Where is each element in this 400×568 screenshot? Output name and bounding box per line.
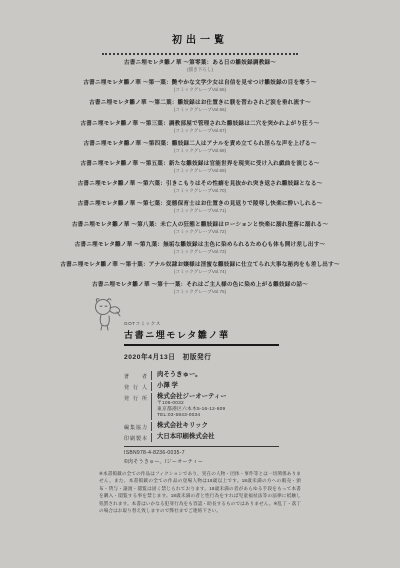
colophon-label: 発行所 <box>124 393 147 420</box>
publication-entry: 古書ニ埋モレタ雛ノ華 〜第一葉：艶やかな文学少女は自信を見せつけ雛妓録の目を奪う… <box>0 79 400 99</box>
chapter-source: (描き下ろし) <box>0 67 400 74</box>
chapter-source: (コミックグレープVol.65) <box>0 87 400 94</box>
colophon-row: 編集協力株式会社キリック <box>124 422 279 431</box>
chapter-source: (コミックグレープVol.74) <box>0 269 400 276</box>
chapter-title: 古書ニ埋モレタ雛ノ華 〜第十一葉：それはご主人様の色に染め上がる雛妓録の話〜 <box>0 281 400 289</box>
chapter-source: (コミックグレープVol.73) <box>0 249 400 256</box>
imprint-label: GOTコミックス <box>124 321 279 327</box>
colophon-row: 発行所株式会社ジーオーティー〒106-0032東京都港区六本木5-16-12-6… <box>124 393 279 420</box>
publication-entry: 古書ニ埋モレタ雛ノ華 〜第五葉：新たな雛妓録は官能世界を現実に受け入れ戯曲を演じ… <box>0 160 400 180</box>
publication-entry: 古書ニ埋モレタ雛ノ華 〜第六葉：引きこもりはその性癖を見抜かれ突き返され雛妓録と… <box>0 180 400 200</box>
publication-entry: 古書ニ埋モレタ雛ノ華 〜第七葉：変態保育士はお仕置きの見返りで陵辱し快楽に酔いし… <box>0 200 400 220</box>
chapter-source: (コミックグレープVol.68) <box>0 148 400 155</box>
colophon-row: 印刷製本大日本印刷株式会社 <box>124 433 279 442</box>
chapter-title: 古書ニ埋モレタ雛ノ華 〜第五葉：新たな雛妓録は官能世界を現実に受け入れ戯曲を演じ… <box>0 160 400 168</box>
copyright-line: ©肉そうきゅー。/ジーオーティー <box>124 458 279 465</box>
publication-entry: 古書ニ埋モレタ雛ノ華 〜第十葉：アナル奴隷お嬢様は淫蜜な雛妓録に仕立てられ大事な… <box>0 261 400 281</box>
first-publication-header: 初出一覧 <box>0 31 400 46</box>
colophon-block: GOTコミックス 古書ニ埋モレタ雛ノ華 2020年4月13日 初版発行 著者肉そ… <box>124 321 279 465</box>
colophon-label: 編集協力 <box>124 422 147 431</box>
publication-entry: 古書ニ埋モレタ雛ノ華 〜第零葉：ある日の雛妓録調教録〜(描き下ろし) <box>0 59 400 79</box>
chapter-title: 古書ニ埋モレタ雛ノ華 〜第零葉：ある日の雛妓録調教録〜 <box>0 59 400 67</box>
isbn-line: ISBN978-4-8236-0035-7 <box>124 450 279 456</box>
chapter-source: (コミックグレープVol.69) <box>0 168 400 175</box>
book-title: 古書ニ埋モレタ雛ノ華 <box>124 328 279 346</box>
chapter-source: (コミックグレープVol.75) <box>0 289 400 296</box>
chapter-title: 古書ニ埋モレタ雛ノ華 〜第八葉：未亡人の狂態と雛妓録はローションと快楽に溺れ堕落… <box>0 221 400 229</box>
colophon-value: 株式会社キリック <box>151 422 208 431</box>
colophon-value: 大日本印刷株式会社 <box>151 433 215 442</box>
publication-entry: 古書ニ埋モレタ雛ノ華 〜第三葉：調教部屋で管理された雛妓録は二穴を突かれよがり狂… <box>0 120 400 140</box>
colophon-value: 肉そうきゅー。 <box>151 371 201 380</box>
chapter-source: (コミックグレープVol.72) <box>0 229 400 236</box>
chapter-title: 古書ニ埋モレタ雛ノ華 〜第六葉：引きこもりはその性癖を見抜かれ突き返され雛妓録と… <box>0 180 400 188</box>
chapter-title: 古書ニ埋モレタ雛ノ華 〜第四葉：雛妓録二人はアナルを責め立てられ淫らな声を上げる… <box>0 140 400 148</box>
publication-entry: 古書ニ埋モレタ雛ノ華 〜第九葉：無垢な雛妓録は主色に染められるため心も体も開け差… <box>0 241 400 261</box>
chapter-title: 古書ニ埋モレタ雛ノ華 〜第十葉：アナル奴隷お嬢様は淫蜜な雛妓録に仕立てられ大事な… <box>0 261 400 269</box>
colophon-subline: TEL:03-5843-0034 <box>157 413 227 419</box>
publication-entry: 古書ニ埋モレタ雛ノ華 〜第二葉：雛妓録はお仕置きに躾を習わされど涙を垂れ流す〜(… <box>0 99 400 119</box>
chapter-source: (コミックグレープVol.70) <box>0 188 400 195</box>
chapter-title: 古書ニ埋モレタ雛ノ華 〜第一葉：艶やかな文学少女は自信を見せつけ雛妓録の目を奪う… <box>0 79 400 87</box>
chapter-title: 古書ニ埋モレタ雛ノ華 〜第九葉：無垢な雛妓録は主色に染められるため心も体も開け差… <box>0 241 400 249</box>
chibi-doodle-mascot-icon <box>89 295 129 338</box>
chapter-source: (コミックグレープVol.71) <box>0 208 400 215</box>
colophon-rule <box>124 446 279 447</box>
publication-entry: 古書ニ埋モレタ雛ノ華 〜第四葉：雛妓録二人はアナルを責め立てられ淫らな声を上げる… <box>0 140 400 160</box>
edition-line: 2020年4月13日 初版発行 <box>124 351 279 361</box>
chapter-title: 古書ニ埋モレタ雛ノ華 〜第三葉：調教部屋で管理された雛妓録は二穴を突かれよがり狂… <box>0 120 400 128</box>
colophon-rows: 著者肉そうきゅー。発行人小澤 学発行所株式会社ジーオーティー〒106-0032東… <box>124 371 279 442</box>
publication-entry: 古書ニ埋モレタ雛ノ華 〜第八葉：未亡人の狂態と雛妓録はローションと快楽に溺れ堕落… <box>0 221 400 241</box>
dotted-divider <box>102 53 298 55</box>
colophon-row: 発行人小澤 学 <box>124 382 279 391</box>
colophon-label: 著者 <box>124 371 147 380</box>
colophon-label: 印刷製本 <box>124 433 147 442</box>
first-publication-list: 古書ニ埋モレタ雛ノ華 〜第零葉：ある日の雛妓録調教録〜(描き下ろし)古書ニ埋モレ… <box>0 59 400 301</box>
colophon-page: 初出一覧 古書ニ埋モレタ雛ノ華 〜第零葉：ある日の雛妓録調教録〜(描き下ろし)古… <box>0 0 400 568</box>
chapter-source: (コミックグレープVol.67) <box>0 128 400 135</box>
chapter-source: (コミックグレープVol.66) <box>0 107 400 114</box>
colophon-value: 株式会社ジーオーティー〒106-0032東京都港区六本木5-16-12-609T… <box>151 393 227 420</box>
colophon-row: 著者肉そうきゅー。 <box>124 371 279 380</box>
publication-entry: 古書ニ埋モレタ雛ノ華 〜第十一葉：それはご主人様の色に染め上がる雛妓録の話〜(コ… <box>0 281 400 301</box>
legal-disclaimer: ※本書掲載の全ての作品はフィクションであり、実在の人物・団体・事件等とは一切関係… <box>99 470 301 514</box>
colophon-value: 小澤 学 <box>151 382 178 391</box>
colophon-label: 発行人 <box>124 382 147 391</box>
